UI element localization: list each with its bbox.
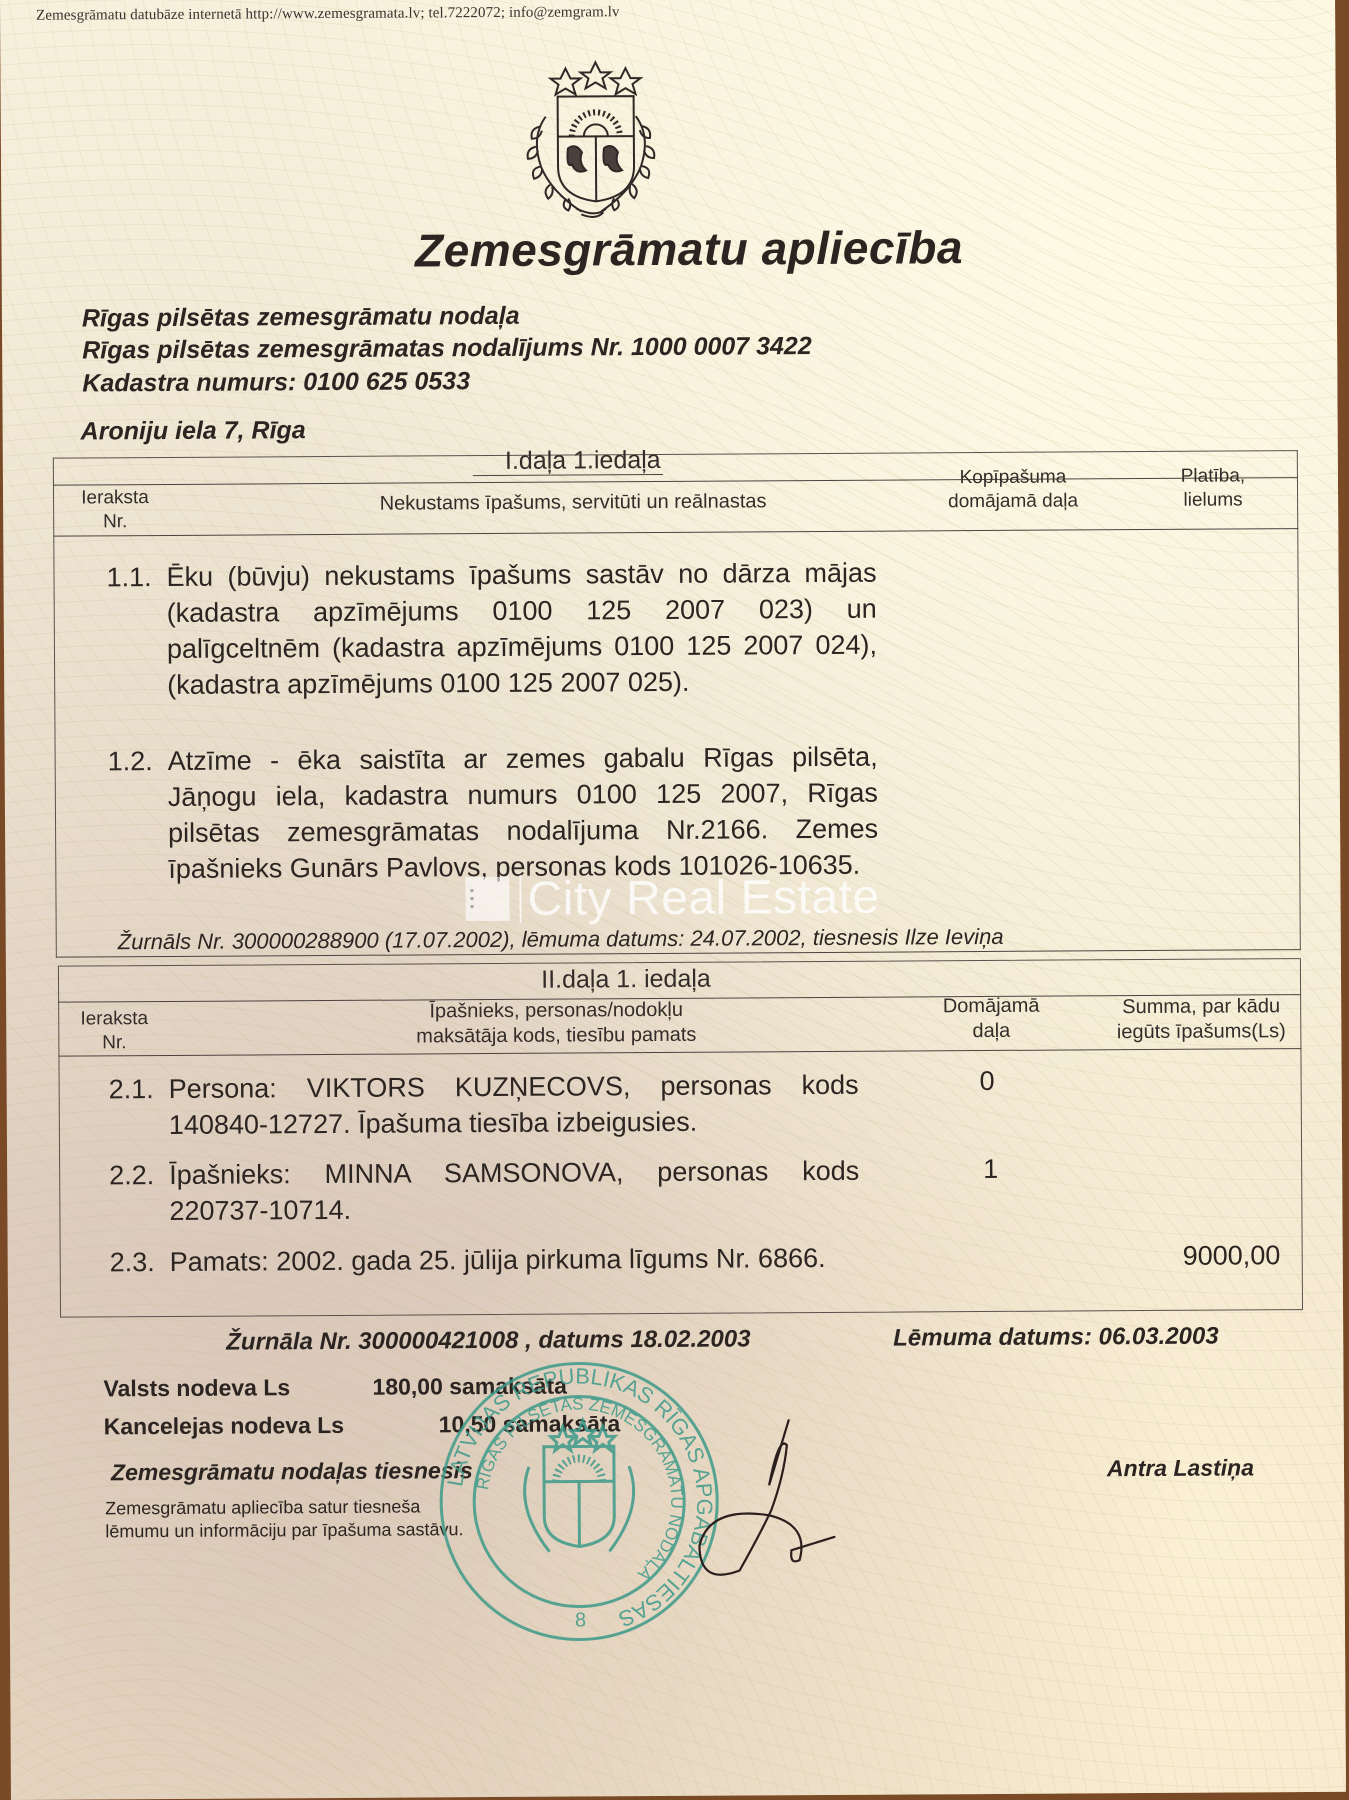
col-share-header-line2: daļa	[906, 1018, 1076, 1043]
col-share-header-line1: Domājamā	[906, 993, 1076, 1018]
city-real-estate-logo-icon	[465, 877, 509, 921]
city-real-estate-watermark: City Real Estate	[465, 873, 879, 924]
part2-entry-2-2: 2.2. Īpašnieks: MINNA SAMSONOVA, persona…	[109, 1153, 889, 1238]
entry-number: 1.1.	[106, 559, 151, 595]
certificate-note-line2: lēmumu un informāciju par īpašuma sastāv…	[105, 1518, 463, 1543]
watermark-text: City Real Estate	[527, 869, 879, 926]
col-area-header-line2: lielums	[1153, 488, 1273, 513]
certificate-page: Zemesgrāmatu datubāze internetā http://w…	[0, 0, 1346, 1800]
office-fee-label: Kancelejas nodeva Ls	[104, 1412, 345, 1440]
col-sum-header-line2: iegūts īpašums(Ls)	[1096, 1019, 1306, 1044]
entry-number: 1.2.	[108, 743, 153, 779]
part2-entry-2-3-sum: 9000,00	[1183, 1240, 1281, 1272]
footer-decision-date: Lēmuma datums: 06.03.2003	[893, 1323, 1219, 1353]
col-entry-header-line1: Ieraksta	[64, 1007, 164, 1032]
part2-entry-2-1-share: 0	[980, 1066, 995, 1097]
latvia-coat-of-arms-icon	[505, 56, 676, 227]
col-entry-header-line1: Ieraksta	[65, 486, 165, 511]
cadastre-number: Kadastra numurs: 0100 625 0533	[82, 367, 470, 398]
judge-title: Zemesgrāmatu nodaļas tiesnesis	[111, 1457, 473, 1486]
entry-text: Atzīme - ēka saistīta ar zemes gabalu Rī…	[168, 739, 879, 887]
footer-journal: Žurnāla Nr. 300000421008 , datums 18.02.…	[226, 1325, 751, 1356]
col-entry-header-line2: Nr.	[65, 510, 165, 535]
property-address: Aroniju iela 7, Rīga	[81, 416, 306, 446]
part2-entry-2-3: 2.3. Pamats: 2002. gada 25. jūlija pirku…	[110, 1240, 890, 1325]
part1-journal-line: Žurnāls Nr. 300000288900 (17.07.2002), l…	[118, 924, 1004, 955]
signature-icon	[659, 1415, 860, 1596]
entry-text: Ēku (būvju) nekustams īpašums sastāv no …	[166, 555, 877, 703]
svg-text:8: 8	[575, 1609, 586, 1631]
part1-entry-1-1: 1.1. Ēku (būvju) nekustams īpašums sastā…	[106, 555, 887, 740]
col-area-header-line1: Platība,	[1153, 464, 1273, 489]
entry-text: Īpašnieks: MINNA SAMSONOVA, personas kod…	[169, 1153, 859, 1229]
certificate-note-line1: Zemesgrāmatu apliecība satur tiesneša	[105, 1495, 420, 1520]
entry-number: 2.2.	[109, 1157, 154, 1193]
entry-number: 2.1.	[109, 1071, 154, 1107]
watermark-divider	[519, 875, 521, 923]
col-property-header: Nekustams īpašums, servitūti un reālnast…	[303, 489, 843, 516]
part2-entry-2-1: 2.1. Persona: VIKTORS KUZŅECOVS, persona…	[109, 1067, 889, 1152]
col-owner-header-line1: Īpašnieks, personas/nodokļu	[356, 997, 756, 1023]
entry-number: 2.3.	[110, 1244, 155, 1280]
state-fee-label: Valsts nodeva Ls	[103, 1374, 290, 1402]
part2-section-title: II.daļa 1. iedaļa	[476, 962, 776, 996]
part2-entry-2-2-share: 1	[983, 1154, 998, 1185]
judge-name: Antra Lastiņa	[1107, 1454, 1254, 1482]
entry-text: Pamats: 2002. gada 25. jūlija pirkuma lī…	[170, 1240, 860, 1280]
col-share-header-line1: Kopīpašuma	[913, 465, 1113, 490]
col-sum-header-line1: Summa, par kādu	[1096, 994, 1306, 1019]
col-share-header-line2: domājamā daļa	[913, 489, 1113, 514]
col-owner-header-line2: maksātāja kods, tiesību pamats	[356, 1022, 756, 1048]
registry-department: Rīgas pilsētas zemesgrāmatu nodaļa	[82, 302, 520, 334]
document-title: Zemesgrāmatu apliecība	[1, 218, 1336, 280]
entry-text: Persona: VIKTORS KUZŅECOVS, personas kod…	[169, 1067, 859, 1143]
database-info-line: Zemesgrāmatu datubāze internetā http://w…	[36, 4, 620, 25]
part1-section-title: I.daļa 1.iedaļa	[443, 448, 723, 474]
col-entry-header-line2: Nr.	[64, 1031, 164, 1056]
registry-folio: Rīgas pilsētas zemesgrāmatas nodalījums …	[82, 332, 812, 365]
